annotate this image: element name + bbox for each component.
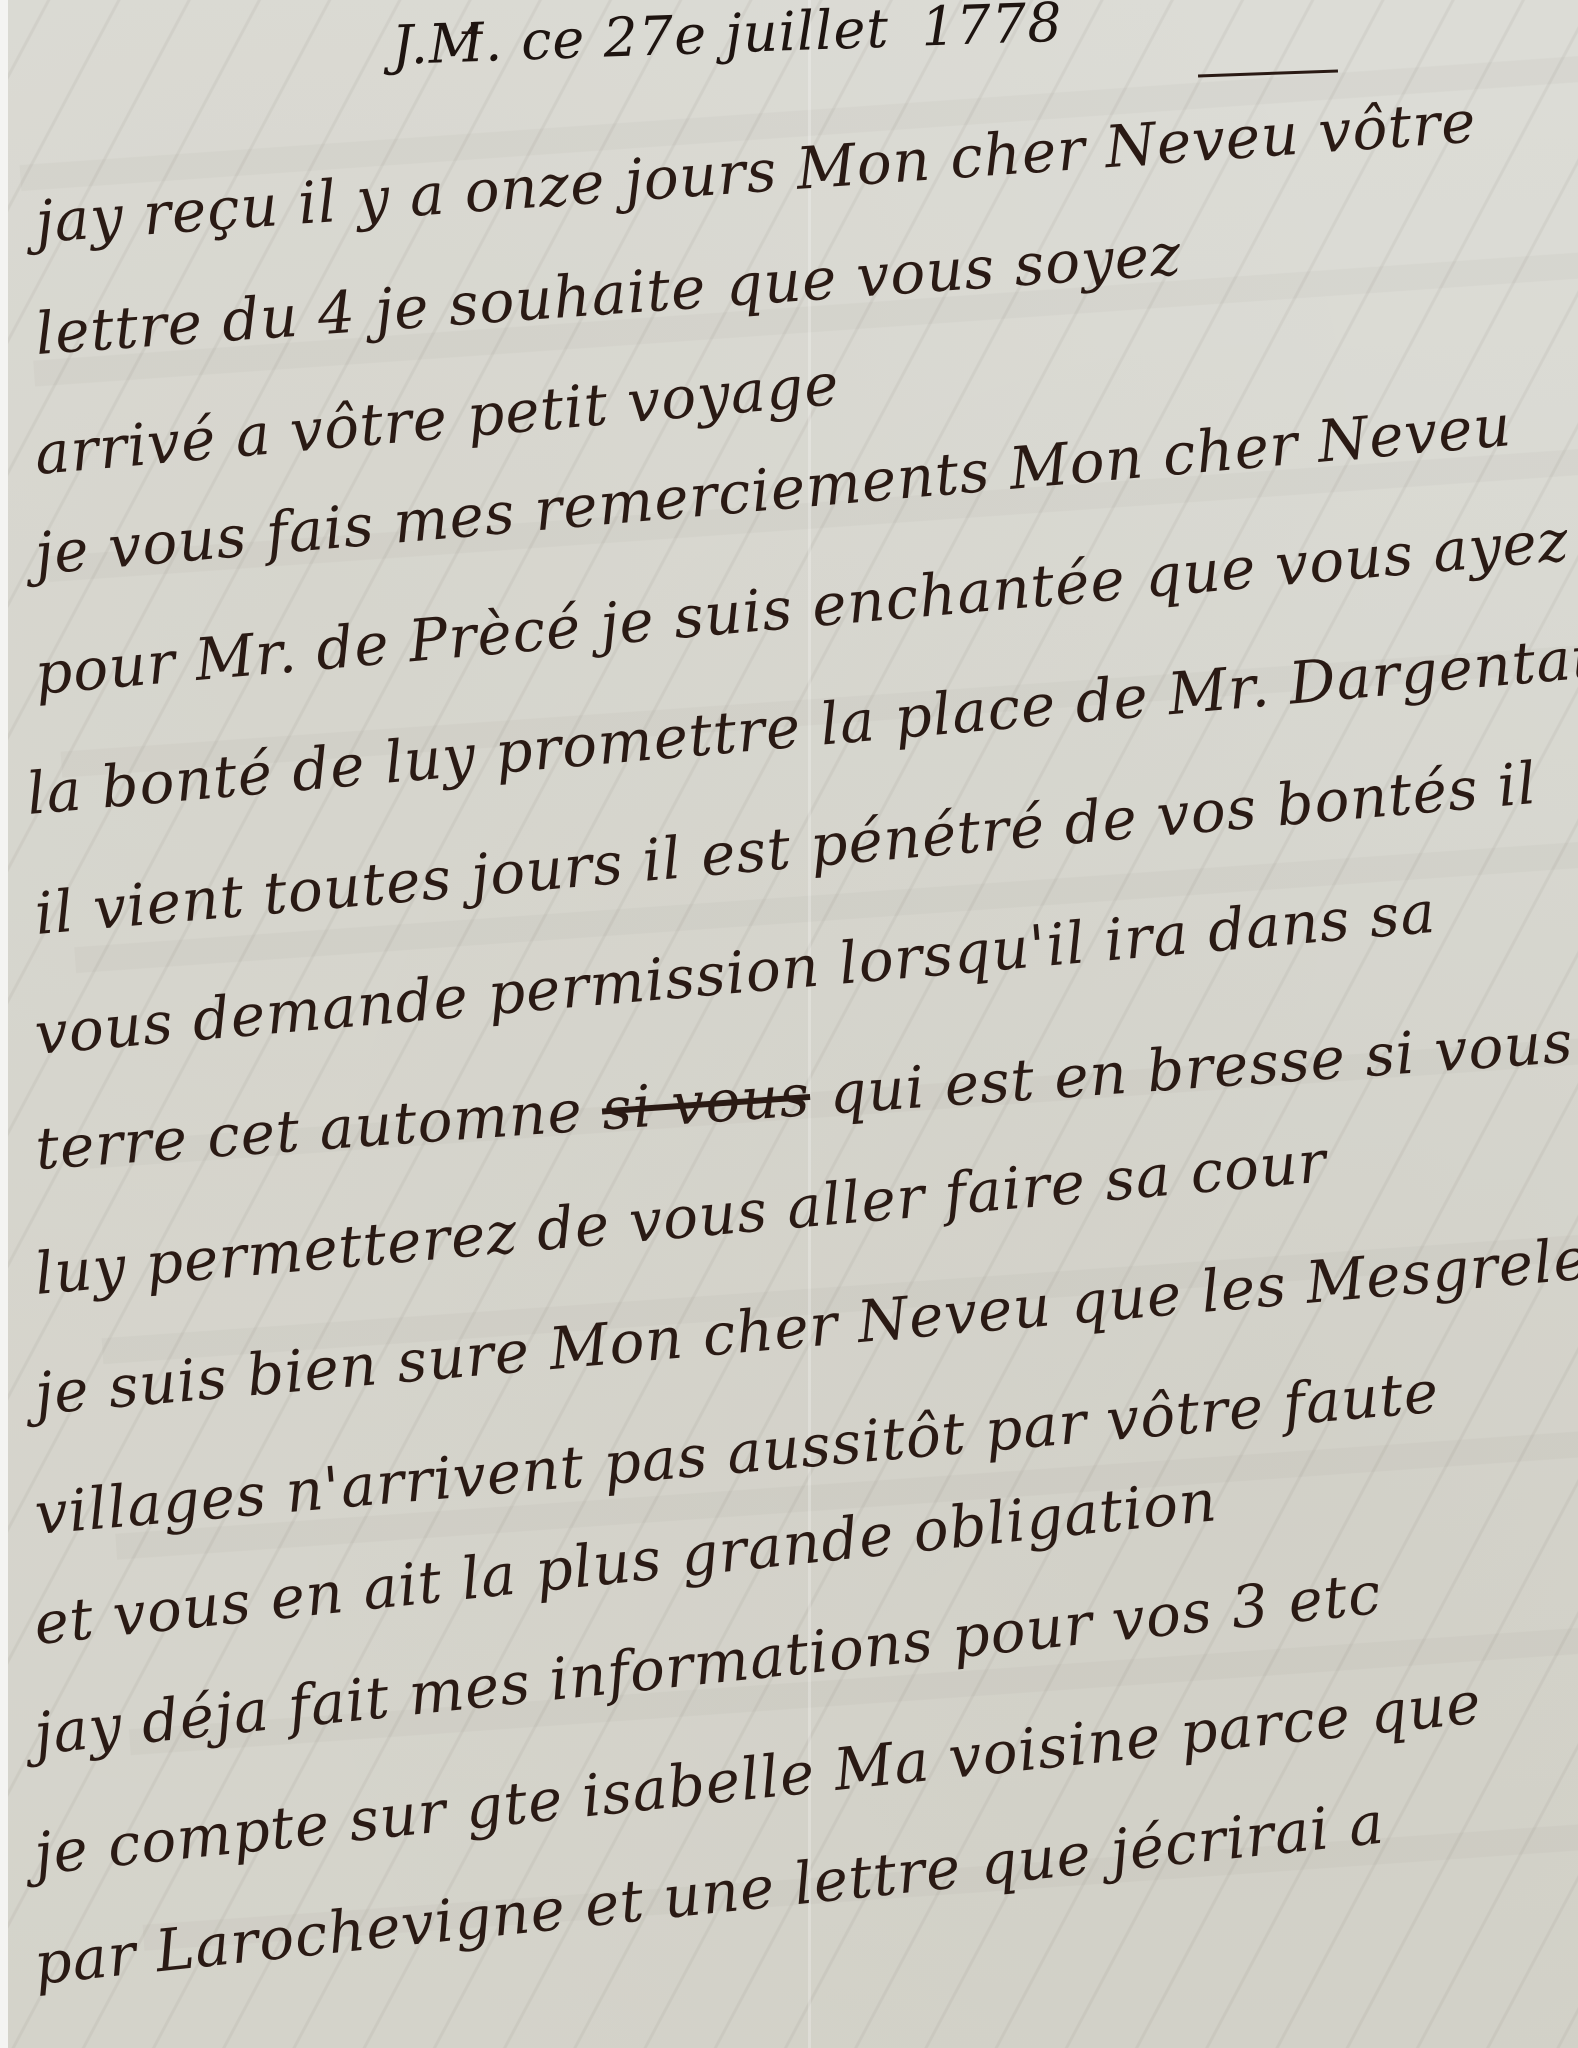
dateline-text: J.M. ce 27e juillet <box>391 0 890 77</box>
line-9-end: qui est en bresse si vous <box>808 1008 1576 1129</box>
dateline-year: 1778 <box>920 0 1064 59</box>
struck-out-text: si vous <box>600 1061 813 1143</box>
line-9-start: terre cet automne <box>33 1076 604 1183</box>
dateline: J.M. ce 27e juillet 1778 <box>391 0 1064 77</box>
letter-line-1: jay reçu il y a onze jours Mon cher Neve… <box>33 87 1478 256</box>
year-underline <box>1198 70 1338 78</box>
letter-page: + J.M. ce 27e juillet 1778 jay reçu il y… <box>8 0 1578 2048</box>
